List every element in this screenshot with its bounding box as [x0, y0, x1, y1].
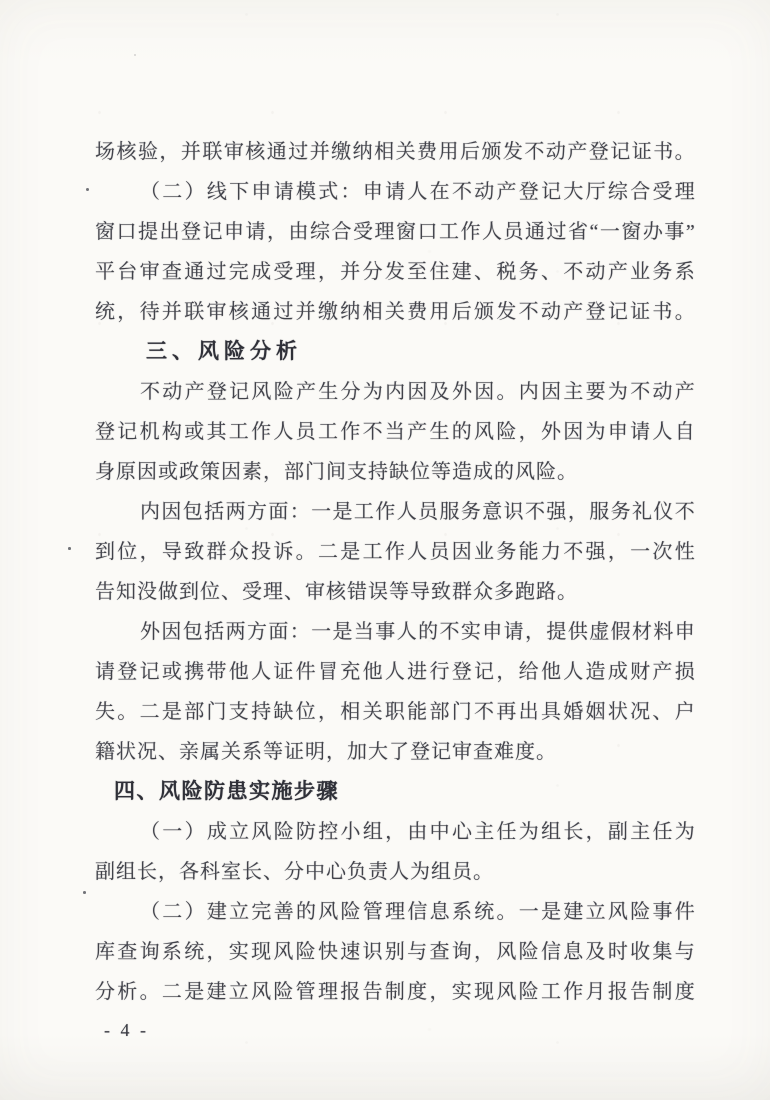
scan-speck: [134, 54, 136, 56]
text-line: 请登记或携带他人证件冒充他人进行登记，给他人造成财产损: [95, 652, 695, 692]
section-heading-risk-analysis: 三、风险分析: [95, 332, 695, 372]
scan-speck: [83, 891, 86, 894]
text-line: 场核验，并联审核通过并缴纳相关费用后颁发不动产登记证书。: [95, 132, 695, 172]
text-line: 失。二是部门支持缺位，相关职能部门不再出具婚姻状况、户: [95, 692, 695, 732]
text-line: 籍状况、亲属关系等证明，加大了登记审查难度。: [95, 732, 695, 772]
text-line: 不动产登记风险产生分为内因及外因。内因主要为不动产: [95, 372, 695, 412]
section-heading-risk-prevention-steps: 四、风险防患实施步骤: [95, 772, 695, 812]
document-body: 场核验，并联审核通过并缴纳相关费用后颁发不动产登记证书。 （二）线下申请模式：申…: [95, 132, 695, 1012]
text-line: 窗口提出登记申请，由综合受理窗口工作人员通过省“一窗办事”: [95, 212, 695, 252]
text-line: 告知没做到位、受理、审核错误等导致群众多跑路。: [95, 572, 695, 612]
text-line: 副组长，各科室长、分中心负责人为组员。: [95, 852, 695, 892]
scan-speck: [86, 188, 89, 191]
text-line: （二）线下申请模式：申请人在不动产登记大厅综合受理: [95, 172, 695, 212]
text-line: 分析。二是建立风险管理报告制度，实现风险工作月报告制度: [95, 972, 695, 1012]
text-line: （二）建立完善的风险管理信息系统。一是建立风险事件: [95, 892, 695, 932]
scanned-document-page: 场核验，并联审核通过并缴纳相关费用后颁发不动产登记证书。 （二）线下申请模式：申…: [0, 0, 770, 1100]
text-line: 到位，导致群众投诉。二是工作人员因业务能力不强，一次性: [95, 532, 695, 572]
scan-speck: [68, 547, 71, 550]
text-line: 登记机构或其工作人员工作不当产生的风险，外因为申请人自: [95, 412, 695, 452]
text-line: 平台审查通过完成受理，并分发至住建、税务、不动产业务系: [95, 252, 695, 292]
text-line: 身原因或政策因素，部门间支持缺位等造成的风险。: [95, 452, 695, 492]
text-line: 外因包括两方面：一是当事人的不实申请，提供虚假材料申: [95, 612, 695, 652]
text-line: 内因包括两方面：一是工作人员服务意识不强，服务礼仪不: [95, 492, 695, 532]
text-line: （一）成立风险防控小组，由中心主任为组长，副主任为: [95, 812, 695, 852]
page-number: - 4 -: [104, 1018, 149, 1042]
text-line: 库查询系统，实现风险快速识别与查询，风险信息及时收集与: [95, 932, 695, 972]
text-line: 统，待并联审核通过并缴纳相关费用后颁发不动产登记证书。: [95, 292, 695, 332]
